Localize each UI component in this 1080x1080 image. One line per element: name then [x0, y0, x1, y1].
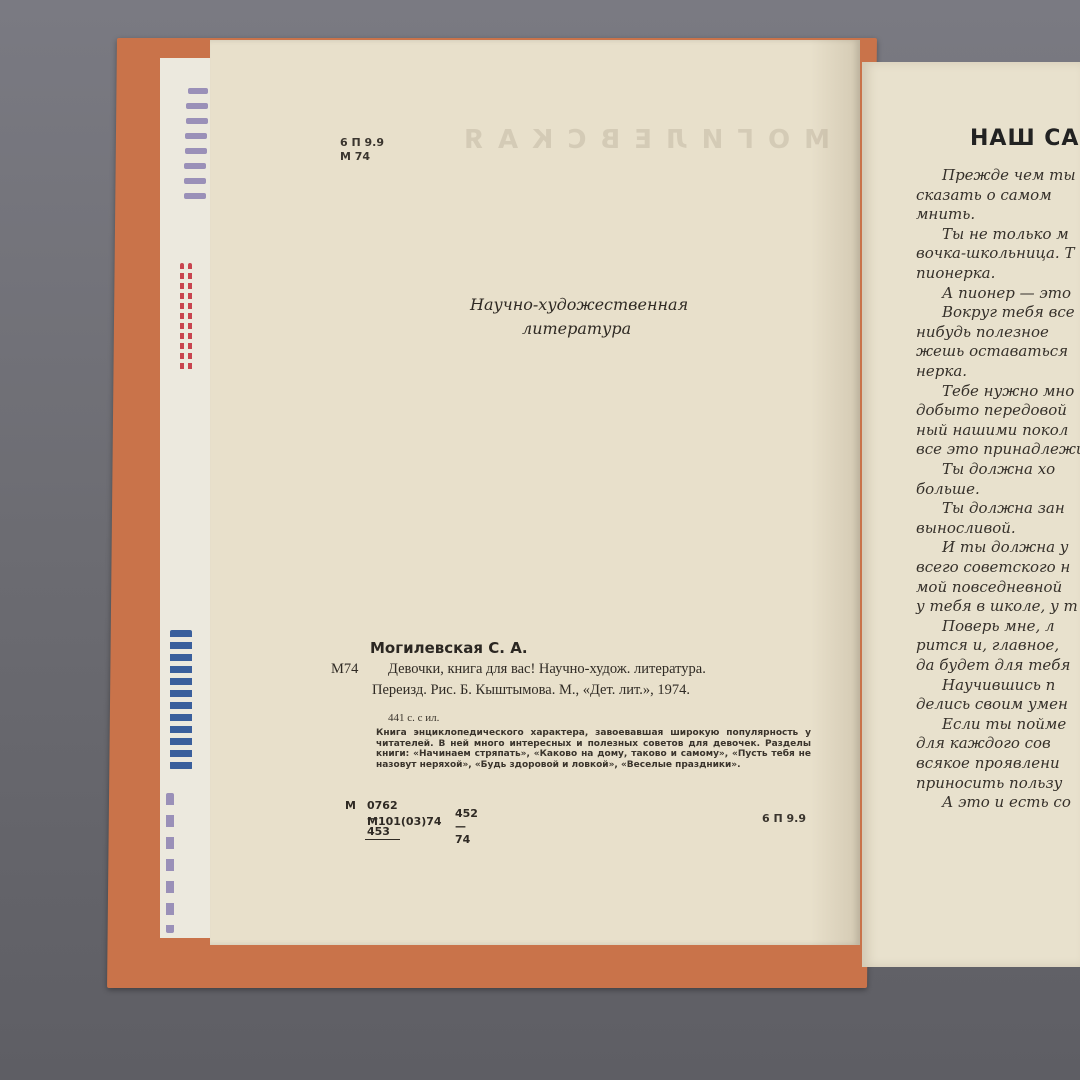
- text-line: рится и, главное,: [916, 636, 1059, 654]
- index-suffix: 452—74: [455, 807, 478, 846]
- text-line: Ты не только м: [942, 225, 1069, 243]
- text-line: А это и есть со: [942, 793, 1071, 811]
- left-page: [210, 40, 860, 945]
- text-line: мнить.: [916, 205, 975, 223]
- text-line: делись своим умен: [916, 695, 1068, 713]
- text-line: всего советского н: [916, 558, 1070, 576]
- text-line: приносить пользу: [916, 774, 1062, 792]
- text-line: Поверь мне, л: [942, 617, 1055, 635]
- classification-top: 6 П 9.9: [340, 136, 384, 149]
- text-line: А пионер — это: [942, 284, 1071, 302]
- text-line: Если ты пойме: [942, 715, 1066, 733]
- text-line: Ты должна зан: [942, 499, 1065, 517]
- text-line: для каждого сов: [916, 734, 1051, 752]
- text-line: пионерка.: [916, 264, 995, 282]
- bibliography-line-1: Девочки, книга для вас! Научно-худож. ли…: [388, 661, 706, 678]
- text-line: ный нашими покол: [916, 421, 1068, 439]
- text-line: Научившись п: [942, 676, 1055, 694]
- index-denominator: М101(03)74: [365, 815, 444, 828]
- text-line: И ты должна у: [942, 538, 1069, 556]
- text-line: да будет для тебя: [916, 656, 1070, 674]
- text-line: Вокруг тебя все: [942, 303, 1075, 321]
- text-line: сказать о самом: [916, 186, 1052, 204]
- text-line: нерка.: [916, 362, 967, 380]
- text-line: добыто передовой: [916, 401, 1067, 419]
- text-line: все это принадлежи: [916, 440, 1080, 458]
- genre-line-2: литература: [522, 319, 631, 338]
- author-name: Могилевская С. А.: [370, 639, 528, 657]
- classification-bottom: 6 П 9.9: [762, 812, 806, 825]
- index-fraction: М 0762—453 М101(03)74 452—74: [345, 799, 356, 812]
- bibliography-line-2: Переизд. Рис. Б. Кыштымова. М., «Дет. ли…: [372, 682, 690, 699]
- annotation: Книга энциклопедического характера, заво…: [376, 728, 811, 770]
- text-line: больше.: [916, 480, 980, 498]
- text-line: у тебя в школе, у т: [916, 597, 1078, 615]
- page-count: 441 с. с ил.: [388, 712, 439, 724]
- text-line: мой повседневной: [916, 578, 1062, 596]
- text-line: всякое проявлени: [916, 754, 1060, 772]
- text-line: Прежде чем ты: [942, 166, 1076, 184]
- genre-line-1: Научно-художественная: [470, 295, 688, 314]
- text-line: нибудь полезное: [916, 323, 1049, 341]
- text-line: Ты должна хо: [942, 460, 1055, 478]
- show-through-text: МОГИЛЕВСКАЯ: [450, 125, 830, 155]
- text-line: выносливой.: [916, 519, 1016, 537]
- text-line: Тебе нужно мно: [942, 382, 1074, 400]
- code-top: М 74: [340, 150, 370, 163]
- catalog-code: М74: [331, 661, 358, 678]
- index-prefix: М: [345, 799, 356, 812]
- text-line: вочка-школьница. Т: [916, 244, 1074, 262]
- chapter-heading: НАШ САМ: [970, 126, 1080, 151]
- text-line: жешь оставаться: [916, 342, 1068, 360]
